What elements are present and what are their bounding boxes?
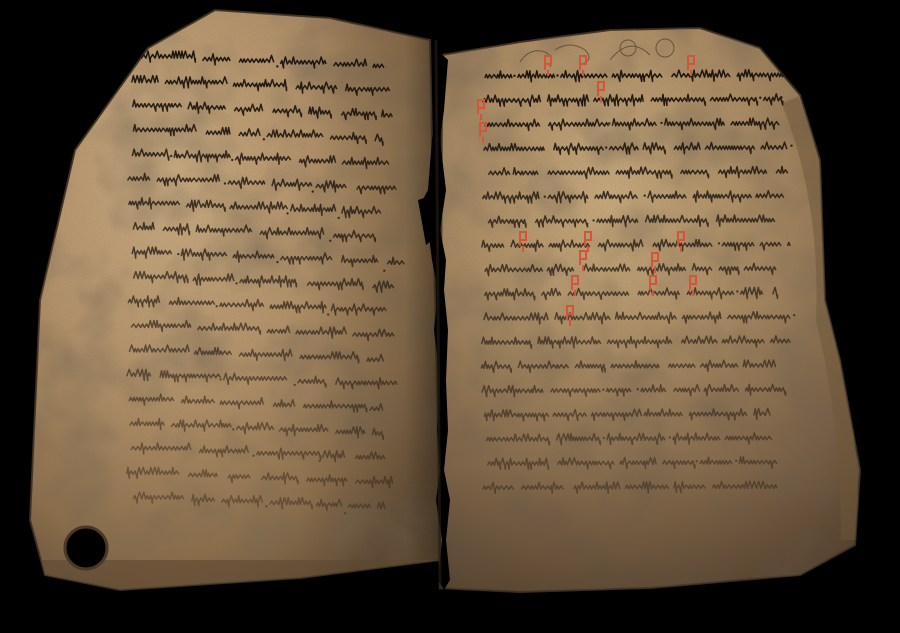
right-page <box>430 0 900 633</box>
left-page <box>0 0 450 633</box>
manuscript-illustration <box>0 0 900 633</box>
manuscript-photo <box>0 0 900 633</box>
binding-hole <box>65 527 107 569</box>
